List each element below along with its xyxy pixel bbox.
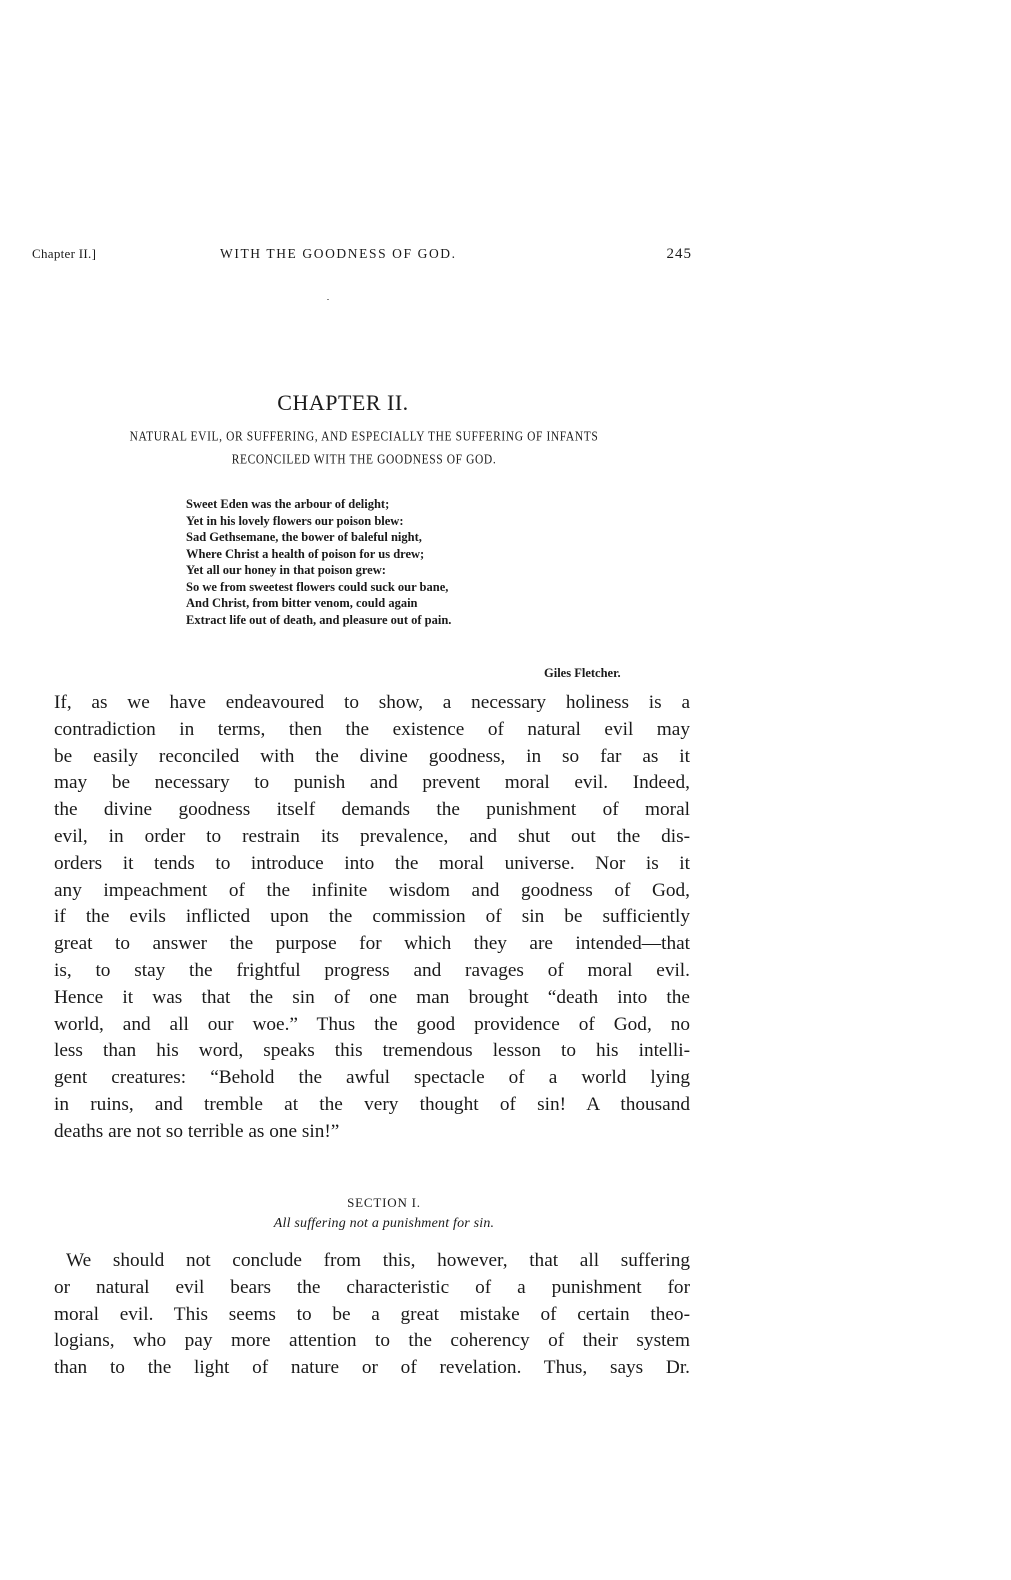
chapter-title: CHAPTER II. bbox=[0, 390, 1011, 416]
book-page: Chapter II.] WITH THE GOODNESS OF GOD. 2… bbox=[0, 0, 1011, 1580]
epigraph-attribution: Giles Fletcher. bbox=[544, 665, 621, 682]
poem-line: Sweet Eden was the arbour of delight; bbox=[186, 496, 686, 513]
text-line: deaths are not so terrible as one sin!” bbox=[54, 1119, 690, 1146]
scan-speck bbox=[327, 299, 329, 300]
body-paragraph-2: We should not conclude from this, howeve… bbox=[54, 1248, 690, 1382]
text-line: is, to stay the frightful progress and r… bbox=[54, 958, 690, 985]
text-line: may be necessary to punish and prevent m… bbox=[54, 770, 690, 797]
text-line: If, as we have endeavoured to show, a ne… bbox=[54, 690, 690, 717]
text-line: be easily reconciled with the divine goo… bbox=[54, 744, 690, 771]
text-line: gent creatures: “Behold the awful specta… bbox=[54, 1065, 690, 1092]
text-line: logians, who pay more attention to the c… bbox=[54, 1328, 690, 1355]
section-heading: SECTION I. bbox=[34, 1195, 734, 1211]
poem-line: And Christ, from bitter venom, could aga… bbox=[186, 595, 686, 612]
text-line: the divine goodness itself demands the p… bbox=[54, 797, 690, 824]
text-line: moral evil. This seems to be a great mis… bbox=[54, 1302, 690, 1329]
text-line: any impeachment of the infinite wisdom a… bbox=[54, 878, 690, 905]
text-line: great to answer the purpose for which th… bbox=[54, 931, 690, 958]
poem-line: Extract life out of death, and pleasure … bbox=[186, 612, 686, 629]
text-line: evil, in order to restrain its prevalenc… bbox=[54, 824, 690, 851]
text-line: contradiction in terms, then the existen… bbox=[54, 717, 690, 744]
epigraph-poem: Sweet Eden was the arbour of delight; Ye… bbox=[186, 496, 686, 628]
running-head-title: WITH THE GOODNESS OF GOD. bbox=[220, 246, 457, 262]
body-paragraph-1: If, as we have endeavoured to show, a ne… bbox=[54, 690, 690, 1146]
text-line: than to the light of nature or of revela… bbox=[54, 1355, 690, 1382]
poem-line: So we from sweetest flowers could suck o… bbox=[186, 579, 686, 596]
running-head-chapter: Chapter II.] bbox=[32, 246, 96, 262]
text-line: less than his word, speaks this tremendo… bbox=[54, 1038, 690, 1065]
section-subtitle: All suffering not a punishment for sin. bbox=[34, 1216, 734, 1232]
text-line: world, and all our woe.” Thus the good p… bbox=[54, 1012, 690, 1039]
page-number: 245 bbox=[667, 246, 693, 263]
poem-line: Sad Gethsemane, the bower of baleful nig… bbox=[186, 529, 686, 546]
text-line: in ruins, and tremble at the very though… bbox=[54, 1092, 690, 1119]
text-line: We should not conclude from this, howeve… bbox=[54, 1248, 690, 1275]
text-line: Hence it was that the sin of one man bro… bbox=[54, 985, 690, 1012]
poem-line: Yet all our honey in that poison grew: bbox=[186, 562, 686, 579]
poem-line: Yet in his lovely flowers our poison ble… bbox=[186, 513, 686, 530]
chapter-subtitle-line-1: NATURAL EVIL, OR SUFFERING, AND ESPECIAL… bbox=[34, 430, 694, 444]
chapter-subtitle-line-2: RECONCILED WITH THE GOODNESS OF GOD. bbox=[34, 453, 694, 467]
text-line: if the evils inflicted upon the commissi… bbox=[54, 904, 690, 931]
text-line: orders it tends to introduce into the mo… bbox=[54, 851, 690, 878]
poem-line: Where Christ a health of poison for us d… bbox=[186, 546, 686, 563]
text-line: or natural evil bears the characteristic… bbox=[54, 1275, 690, 1302]
running-head: Chapter II.] WITH THE GOODNESS OF GOD. 2… bbox=[32, 246, 692, 266]
